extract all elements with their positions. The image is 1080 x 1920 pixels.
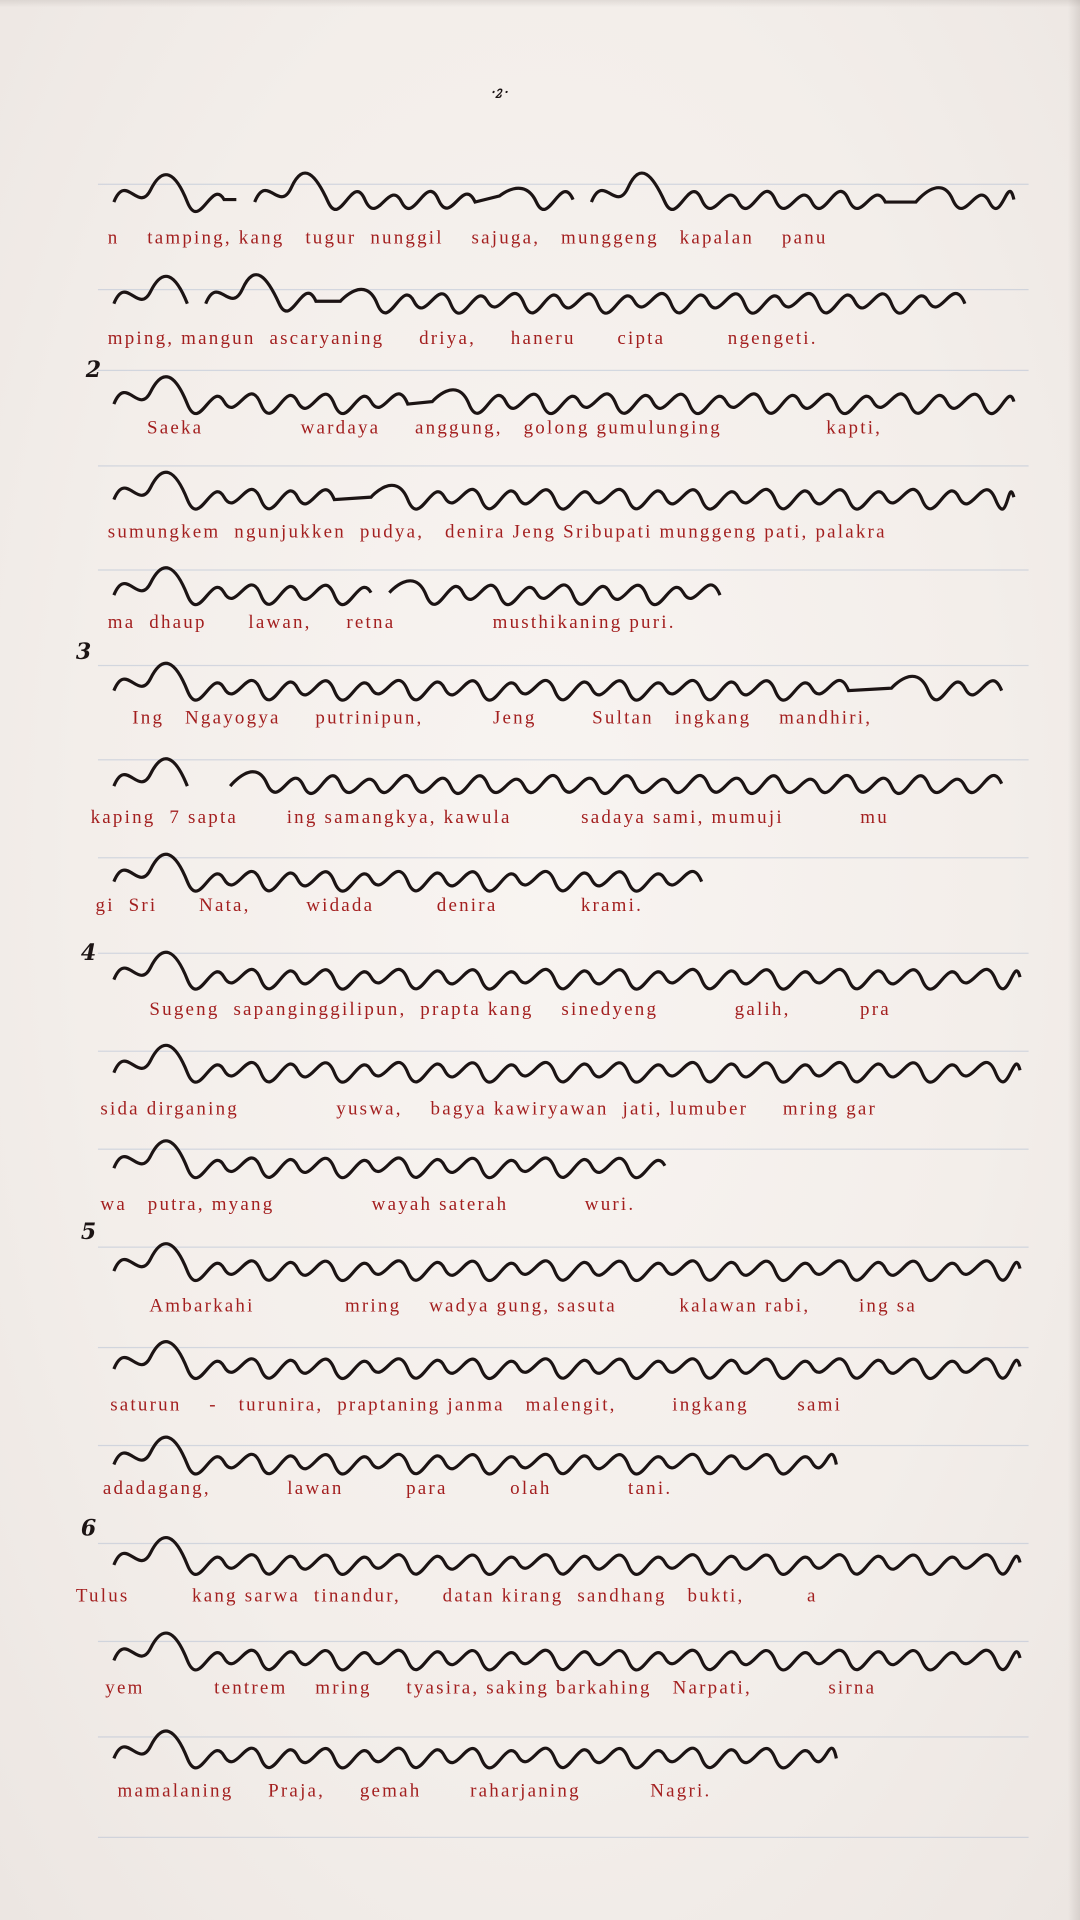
transliteration-line: mping, mangun ascaryaning driya, haneru … — [108, 328, 818, 350]
javanese-script-line — [108, 1528, 1026, 1577]
javanese-script-line — [108, 943, 1026, 992]
javanese-script-line — [108, 1234, 1026, 1283]
javanese-script-line — [108, 1131, 684, 1180]
javanese-script-line — [108, 267, 977, 316]
stanza-number: 5 — [81, 1220, 96, 1246]
transliteration-line: kaping 7 sapta ing samangkya, kawula sad… — [91, 807, 889, 829]
page-edge-right — [1068, 0, 1080, 1920]
stanza-number: 2 — [86, 358, 101, 384]
transliteration-line: wa putra, myang wayah saterah wuri. — [100, 1194, 635, 1216]
transliteration-line: Ambarkahi mring wadya gung, sasuta kalaw… — [149, 1296, 917, 1318]
javanese-script-line — [108, 749, 1020, 798]
javanese-script-line — [108, 1428, 843, 1477]
transliteration-line: saturun - turunira, praptaning janma mal… — [110, 1395, 842, 1417]
javanese-script-line — [108, 1332, 1026, 1381]
javanese-script-line — [108, 558, 745, 607]
transliteration-line: Saeka wardaya anggung, golong gumulungin… — [147, 418, 882, 440]
page-number-mark: ·ꦴ· — [490, 78, 512, 114]
javanese-script-line — [108, 845, 745, 894]
javanese-script-line — [108, 1036, 1026, 1085]
ruled-line — [98, 1837, 1029, 1838]
stanza-number: 3 — [76, 639, 91, 665]
transliteration-line: Ing Ngayogya putrinipun, Jeng Sultan ing… — [132, 708, 872, 730]
transliteration-line: sida dirganing yuswa, bagya kawiryawan j… — [100, 1098, 877, 1120]
transliteration-line: adadagang, lawan para olah tani. — [103, 1478, 672, 1500]
javanese-script-line — [108, 463, 1020, 512]
transliteration-line: ma dhaup lawan, retna musthikaning puri. — [108, 612, 676, 634]
javanese-script-line — [108, 1722, 843, 1771]
stanza-number: 6 — [81, 1516, 96, 1542]
transliteration-line: yem tentrem mring tyasira, saking barkah… — [105, 1678, 876, 1700]
transliteration-line: Tulus kang sarwa tinandur, datan kirang … — [76, 1586, 818, 1608]
javanese-script-line — [108, 165, 1020, 214]
javanese-script-line — [108, 1624, 1026, 1673]
transliteration-line: Sugeng sapanginggilipun, prapta kang sin… — [149, 999, 891, 1021]
transliteration-line: sumungkem ngunjukken pudya, denira Jeng … — [108, 522, 887, 544]
page-edge-top — [0, 0, 1080, 7]
transliteration-line: n tamping, kang tugur nunggil sajuga, mu… — [108, 228, 828, 250]
javanese-script-line — [108, 654, 1020, 703]
stanza-number: 4 — [81, 940, 96, 966]
transliteration-line: mamalaning Praja, gemah raharjaning Nagr… — [118, 1780, 712, 1802]
transliteration-line: gi Sri Nata, widada denira krami. — [96, 895, 644, 917]
manuscript-page: ·ꦴ· 2 3 4 — [0, 0, 1080, 1920]
javanese-script-line — [108, 367, 1020, 416]
